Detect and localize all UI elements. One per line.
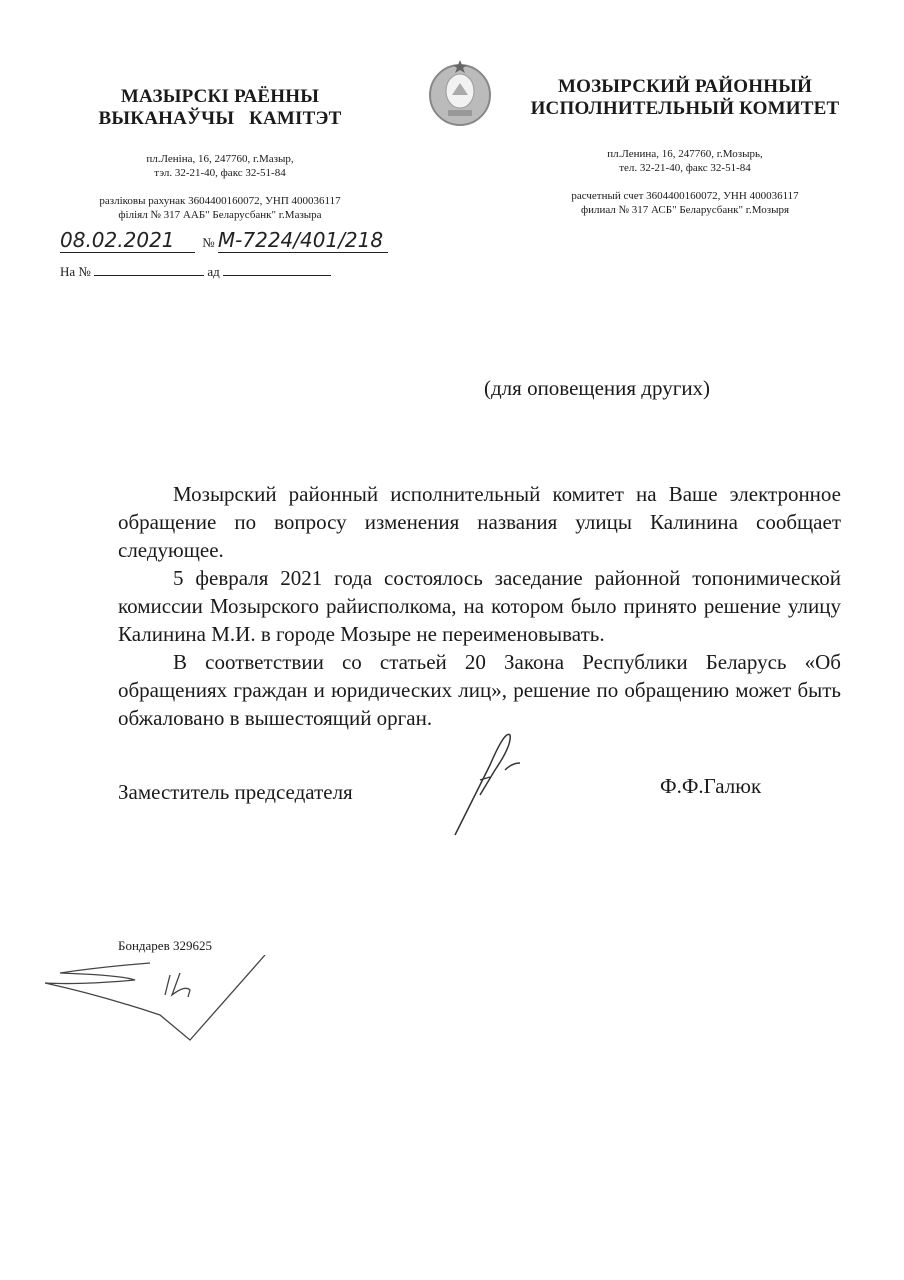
signature-mark-icon <box>450 725 550 840</box>
coat-of-arms-icon <box>422 55 498 131</box>
reference-line: На № ад <box>60 264 331 280</box>
right-bank-line1: расчетный счет 3604400160072, УНН 400036… <box>520 189 850 203</box>
right-address-line2: тел. 32-21-40, факс 32-51-84 <box>520 161 850 175</box>
left-title-line2: ВЫКАНАЎЧЫ КАМІТЭТ <box>60 108 380 130</box>
registration-number: М-7224/401/218 <box>218 228 388 253</box>
reference-date-blank <box>223 275 331 276</box>
right-title-line2: ИСПОЛНИТЕЛЬНЫЙ КОМИТЕТ <box>520 98 850 120</box>
right-bank-line2: филиал № 317 АСБ" Беларусбанк" г.Мозыря <box>520 203 850 217</box>
executor-info: Бондарев 329625 <box>118 938 212 954</box>
reference-number-blank <box>94 275 204 276</box>
reference-from-label: ад <box>207 264 219 279</box>
registration-date: 08.02.2021 <box>60 228 195 253</box>
body-paragraph-1: Мозырский районный исполнительный комите… <box>118 480 841 564</box>
left-bank-line2: філіял № 317 ААБ" Беларусбанк" г.Мазыра <box>60 208 380 222</box>
header-right: МОЗЫРСКИЙ РАЙОННЫЙ ИСПОЛНИТЕЛЬНЫЙ КОМИТЕ… <box>520 76 850 217</box>
left-address-line1: пл.Леніна, 16, 247760, г.Мазыр, <box>60 152 380 166</box>
reference-label: На № <box>60 264 91 279</box>
left-title-line1: МАЗЫРСКІ РАЁННЫ <box>60 86 380 108</box>
executor-signature-icon <box>40 955 270 1045</box>
letter-body: Мозырский районный исполнительный комите… <box>118 480 841 732</box>
left-address-line2: тэл. 32-21-40, факс 32-51-84 <box>60 166 380 180</box>
signatory-position: Заместитель председателя <box>118 780 353 805</box>
body-paragraph-3: В соответствии со статьей 20 Закона Респ… <box>118 648 841 732</box>
addressee: (для оповещения других) <box>484 376 710 401</box>
left-bank-line1: разліковы рахунак 3604400160072, УНП 400… <box>60 194 380 208</box>
header-left: МАЗЫРСКІ РАЁННЫ ВЫКАНАЎЧЫ КАМІТЭТ пл.Лен… <box>60 86 380 222</box>
registration-line: 08.02.2021 № М-7224/401/218 <box>60 228 420 253</box>
registration-number-label: № <box>202 235 214 250</box>
right-title-line1: МОЗЫРСКИЙ РАЙОННЫЙ <box>520 76 850 98</box>
body-paragraph-2: 5 февраля 2021 года состоялось заседание… <box>118 564 841 648</box>
signatory-name: Ф.Ф.Галюк <box>660 774 761 799</box>
right-address-line1: пл.Ленина, 16, 247760, г.Мозырь, <box>520 147 850 161</box>
